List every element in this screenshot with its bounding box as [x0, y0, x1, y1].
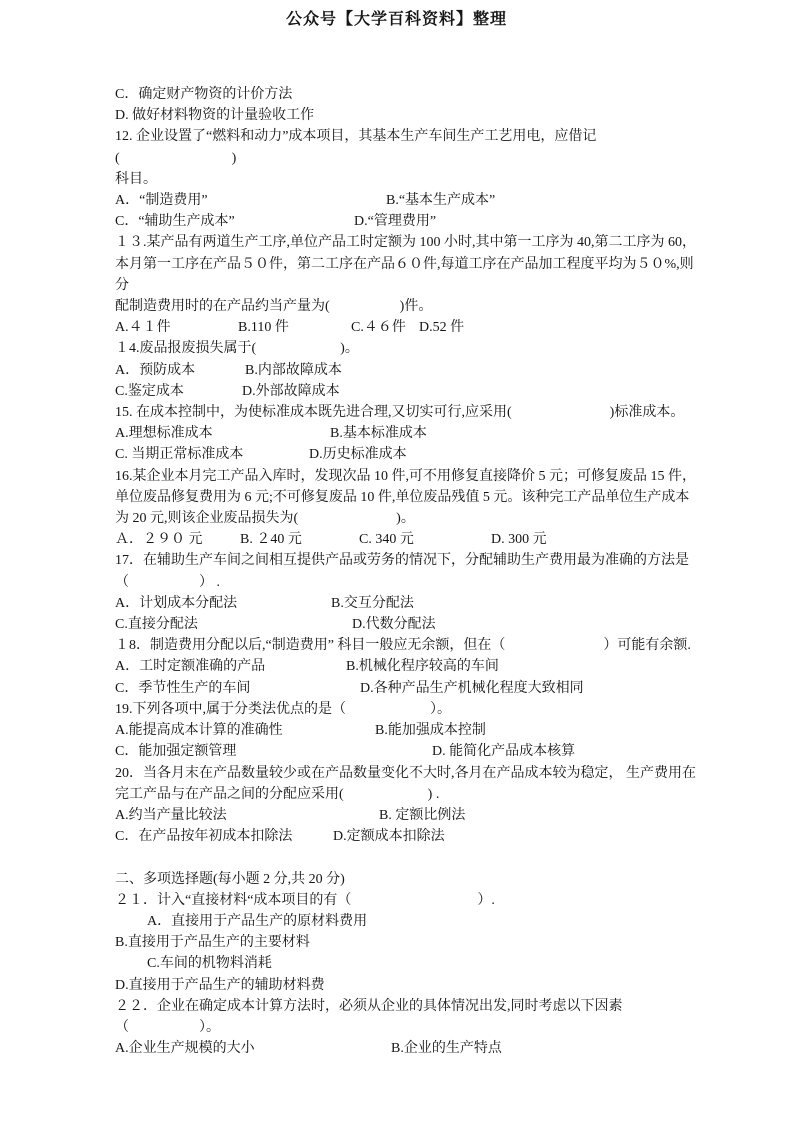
question-16-stem-cont: 单位废品修复费用为 6 元;不可修复废品 10 件,单位废品残值 5 元。该种完… [115, 487, 700, 508]
question-16-stem: 16.某企业本月完工产品入库时，发现次品 10 件,可不用修复直接降价 5 元；… [115, 466, 700, 487]
question-18-options-ab: A．工时定额准确的产品 B.机械化程序较高的车间 [115, 656, 700, 677]
option-a: A.理想标准成本 [115, 423, 330, 444]
question-17-stem-cont: （ ） . [115, 572, 700, 593]
option-c: C．“辅助生产成本” [115, 211, 354, 232]
question-20-options-cd: C．在产品按年初成本扣除法 D.定额成本扣除法 [115, 826, 700, 847]
option-a: A．“制造费用” [115, 190, 386, 211]
option-b: B. 定额比例法 [379, 805, 465, 826]
question-14-options-ab: A．预防成本 B.内部故障成本 [115, 360, 700, 381]
option-c: C.鉴定成本 [115, 381, 242, 402]
question-12-stem-cont: 科目。 [115, 169, 700, 190]
blank-line [115, 847, 700, 868]
question-20-stem-cont: 完工产品与在产品之间的分配应采用( ) . [115, 784, 700, 805]
question-20-stem: 20．当各月末在产品数量较少或在产品数量变化不大时,各月在产品成本较为稳定， 生… [115, 763, 700, 784]
question-16-stem-cont2: 为 20 元,则该企业废品损失为( )。 [115, 508, 700, 529]
option-a: A.４１件 [115, 317, 238, 338]
option-line-11d: D. 做好材料物资的计量验收工作 [115, 105, 700, 126]
question-17-options-ab: A．计划成本分配法 B.交互分配法 [115, 593, 700, 614]
question-12-options-ab: A．“制造费用” B.“基本生产成本” [115, 190, 700, 211]
question-17-options-cd: C.直接分配法 D.代数分配法 [115, 614, 700, 635]
option-d: D.代数分配法 [352, 614, 436, 635]
option-c: C. 当期正常标准成本 [115, 444, 309, 465]
option-a: A.企业生产规模的大小 [115, 1038, 391, 1059]
option-a: A．预防成本 [115, 360, 245, 381]
question-13-stem-cont: 本月第一工序在产品５０件，第二工序在产品６０件,每道工序在产品加工程度平均为５０… [115, 254, 700, 296]
question-19-options-cd: C．能加强定额管理 D. 能简化产品成本核算 [115, 741, 700, 762]
option-a: A．计划成本分配法 [115, 593, 331, 614]
question-19-stem: 19.下列各项中,属于分类法优点的是（ ）。 [115, 699, 700, 720]
question-17-stem: 17．在辅助生产车间之间相互提供产品或劳务的情况下，分配辅助生产费用最为准确的方… [115, 550, 700, 571]
question-12-options-cd: C．“辅助生产成本” D.“管理费用” [115, 211, 700, 232]
option-d: D.定额成本扣除法 [333, 826, 445, 847]
option-a: A.能提高成本计算的准确性 [115, 720, 375, 741]
question-21-option-a: A．直接用于产品生产的原材料费用 [115, 911, 700, 932]
section-2-heading: 二、多项选择题(每小题 2 分,共 20 分) [115, 869, 700, 890]
option-c: C. 340 元 [359, 529, 491, 550]
option-b: B.交互分配法 [331, 593, 414, 614]
document-page: 公众号【大学百科资料】整理 C．确定财产物资的计价方法 D. 做好材料物资的计量… [0, 0, 793, 1122]
question-21-option-b: B.直接用于产品生产的主要材料 [115, 932, 700, 953]
page-header-title: 公众号【大学百科资料】整理 [0, 6, 793, 29]
question-19-options-ab: A.能提高成本计算的准确性 B.能加强成本控制 [115, 720, 700, 741]
option-b: B. ２40 元 [240, 529, 359, 550]
question-14-stem: １4.废品报废损失属于( )。 [115, 338, 700, 359]
option-c: C.直接分配法 [115, 614, 352, 635]
question-18-stem: １8．制造费用分配以后,“制造费用” 科目一般应无余额，但在（ ）可能有余额. [115, 635, 700, 656]
option-d: D.外部故障成本 [242, 381, 340, 402]
question-21-option-d: D.直接用于产品生产的辅助材料费 [115, 975, 700, 996]
option-b: B.“基本生产成本” [386, 190, 495, 211]
question-12-stem: 12. 企业设置了“燃料和动力”成本项目，其基本生产车间生产工艺用电，应借记( … [115, 126, 700, 168]
question-22-stem-cont: （ ）。 [115, 1017, 700, 1038]
option-c: C．能加强定额管理 [115, 741, 432, 762]
question-13-options: A.４１件 B.110 件 C.４６件 D.52 件 [115, 317, 700, 338]
question-15-options-cd: C. 当期正常标准成本 D.历史标准成本 [115, 444, 700, 465]
option-b: B.机械化程序较高的车间 [346, 656, 499, 677]
option-c: C.４６件 [351, 317, 419, 338]
option-line-11c: C．确定财产物资的计价方法 [115, 84, 700, 105]
option-a: A．工时定额准确的产品 [115, 656, 346, 677]
question-22-options-ab: A.企业生产规模的大小 B.企业的生产特点 [115, 1038, 700, 1059]
question-15-options-ab: A.理想标准成本 B.基本标准成本 [115, 423, 700, 444]
option-a: A.约当产量比较法 [115, 805, 379, 826]
option-d: D. 300 元 [491, 529, 547, 550]
option-d: D.52 件 [419, 317, 464, 338]
question-18-options-cd: C．季节性生产的车间 D.各种产品生产机械化程度大致相同 [115, 678, 700, 699]
question-21-option-c: C.车间的机物料消耗 [115, 953, 700, 974]
question-16-options: Ａ．２９０ 元 B. ２40 元 C. 340 元 D. 300 元 [115, 529, 700, 550]
question-13-stem-cont2: 配制造费用时的在产品约当产量为( )件。 [115, 296, 700, 317]
question-21-stem: ２１．计入“直接材料“成本项目的有（ ）. [115, 890, 700, 911]
option-b: B.企业的生产特点 [391, 1038, 502, 1059]
option-b: B.110 件 [238, 317, 351, 338]
question-22-stem: ２２．企业在确定成本计算方法时，必须从企业的具体情况出发,同时考虑以下因素 [115, 996, 700, 1017]
option-d: D.历史标准成本 [309, 444, 407, 465]
option-b: B.能加强成本控制 [375, 720, 486, 741]
question-15-stem: 15. 在成本控制中，为使标准成本既先进合理,又切实可行,应采用( )标准成本。 [115, 402, 700, 423]
option-d: D.各种产品生产机械化程度大致相同 [360, 678, 584, 699]
option-a: Ａ．２９０ 元 [115, 529, 240, 550]
option-c: C．季节性生产的车间 [115, 678, 360, 699]
question-14-options-cd: C.鉴定成本 D.外部故障成本 [115, 381, 700, 402]
option-b: B.基本标准成本 [330, 423, 427, 444]
question-13-stem: １３.某产品有两道生产工序,单位产品工时定额为 100 小时,其中第一工序为 4… [115, 232, 700, 253]
option-d: D. 能简化产品成本核算 [432, 741, 575, 762]
question-20-options-ab: A.约当产量比较法 B. 定额比例法 [115, 805, 700, 826]
option-b: B.内部故障成本 [245, 360, 342, 381]
option-c: C．在产品按年初成本扣除法 [115, 826, 333, 847]
option-d: D.“管理费用” [354, 211, 436, 232]
document-body: C．确定财产物资的计价方法 D. 做好材料物资的计量验收工作 12. 企业设置了… [115, 84, 700, 1059]
